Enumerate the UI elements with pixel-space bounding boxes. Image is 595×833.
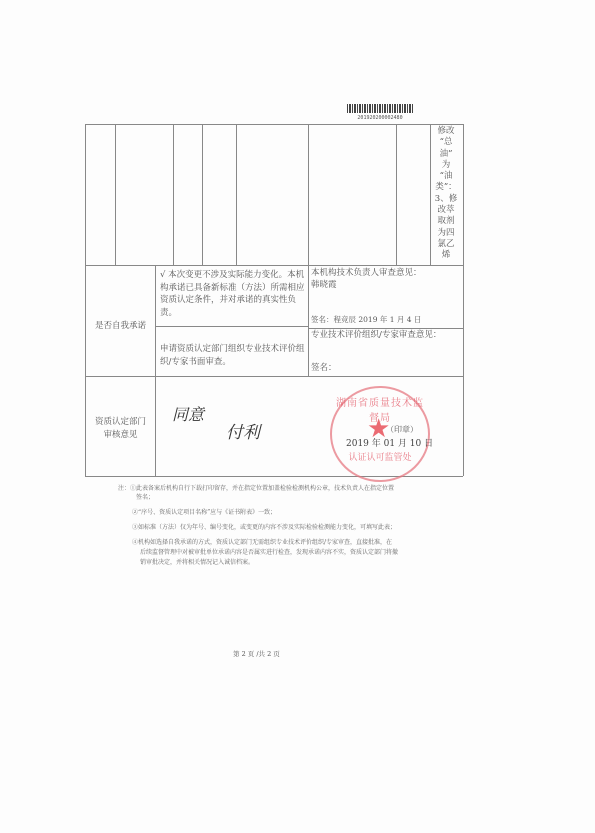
table-border-top — [85, 124, 463, 125]
col-divider — [308, 124, 309, 376]
page-number: 第 2 页 /共 2 页 — [233, 649, 280, 658]
note-line: ②“序号、资质认定项目名称”应与《证书附表》一致； — [132, 508, 276, 517]
col-divider — [202, 124, 203, 265]
col-divider — [430, 124, 431, 265]
note-line: ③如标准（方法）仅为年号、编号变化，或变更的内容不涉及实际检验检测能力变化，可填… — [132, 523, 396, 532]
row-divider — [85, 376, 463, 377]
note-line: 销审批决定，并将相关情况记入诚信档案。 — [140, 558, 254, 567]
expert-review-title: 专业技术评价组织/专家审查意见： — [311, 329, 461, 342]
authority-review-label: 资质认定部门 审核意见 — [86, 416, 155, 442]
note-line: 注：①此表备案后机构自行下载打印留存，并在指定位置加盖检验检测机构公章，技术负责… — [118, 484, 394, 493]
row-divider — [155, 326, 308, 327]
label-col-divider — [155, 265, 156, 476]
row-divider — [85, 265, 463, 266]
handwritten-signature: 付利 — [226, 418, 260, 443]
self-commitment-label: 是否自我承诺 — [86, 320, 155, 333]
self-commitment-option-review: 申请资质认定部门组织专业技术评价组织/专家书面审查。 — [160, 343, 306, 368]
authority-review-label-line1: 资质认定部门 — [86, 416, 155, 429]
approval-date: 2019 年 01 月 10 日 — [346, 436, 433, 449]
note-line: 后续监督管理中对被审批单位承诺内容是否属实进行检查，发现承诺内容不实，资质认定部… — [140, 548, 398, 557]
handwritten-approval: 同意 — [172, 402, 204, 425]
authority-review-label-line2: 审核意见 — [86, 429, 155, 442]
change-description: 修改 “总 油” 为 “油 类”： 3、修 改萃 取剂 为四 氯乙 烯 — [432, 126, 460, 262]
self-commitment-option-checked: √ 本次变更不涉及实际能力变化。本机构承诺已具备新标准（方法）所需相应资质认定条… — [160, 269, 306, 319]
barcode-number: 201920200002480 — [345, 115, 415, 121]
seal-department: 认证认可监管处 — [332, 450, 428, 463]
note-line: ④机构如选择自我承诺的方式，资质认定部门无需组织专业技术评价组织/专家审查，直接… — [132, 538, 392, 547]
tech-lead-review-title: 本机构技术负责人审查意见： — [311, 267, 461, 280]
expert-signature-label: 签名： — [311, 362, 461, 375]
seal-label: （印章） — [386, 424, 418, 435]
col-divider — [236, 124, 237, 265]
tech-lead-signature-line: 签名：程竞辰 2019 年 1 月 4 日 — [311, 314, 461, 327]
official-seal: 湖南省质量技术监督局 ★ （印章） 2019 年 01 月 10 日 认证认可监… — [330, 386, 430, 482]
tech-lead-opinion: 韩晓霞 — [311, 279, 461, 292]
col-divider — [115, 124, 116, 265]
col-divider — [396, 124, 397, 265]
note-line: 签名； — [136, 493, 154, 502]
col-divider — [173, 124, 174, 265]
table-border-bottom — [85, 476, 463, 477]
table-border-right — [463, 124, 464, 476]
barcode — [347, 104, 413, 113]
